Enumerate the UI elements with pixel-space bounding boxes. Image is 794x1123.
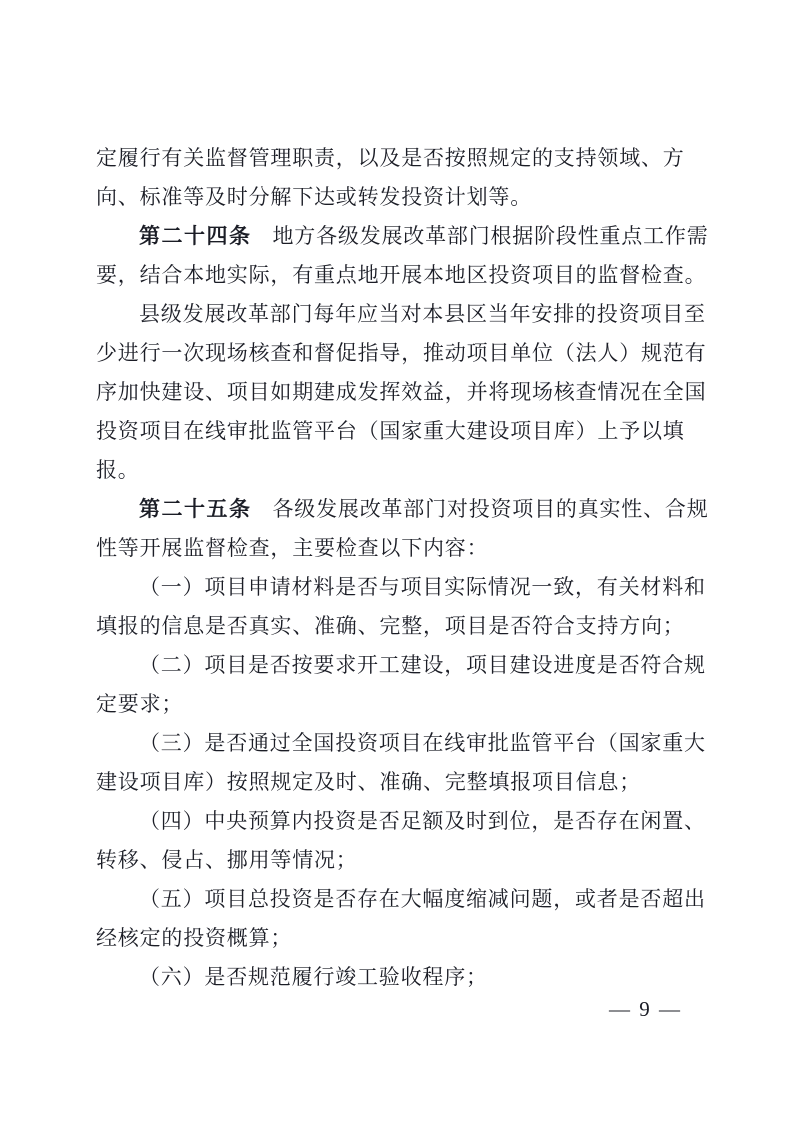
text-line: （六）是否规范履行竣工验收程序； — [96, 958, 686, 997]
text-line: 填报的信息是否真实、准确、完整，项目是否符合支持方向； — [96, 607, 686, 646]
text-line: 少进行一次现场核查和督促指导，推动项目单位（法人）规范有 — [96, 334, 686, 373]
text-line: 第二十五条各级发展改革部门对投资项目的真实性、合规 — [96, 490, 686, 529]
text-line: （二）项目是否按要求开工建设，项目建设进度是否符合规 — [96, 646, 686, 685]
line-text: 定履行有关监督管理职责，以及是否按照规定的支持领域、方 — [96, 146, 685, 170]
text-line: 报。 — [96, 451, 686, 490]
text-line: 向、标准等及时分解下达或转发投资计划等。 — [96, 178, 686, 217]
text-line: 定履行有关监督管理职责，以及是否按照规定的支持领域、方 — [96, 139, 686, 178]
line-text: （一）项目申请材料是否与项目实际情况一致，有关材料和 — [139, 575, 706, 599]
line-text: 序加快建设、项目如期建成发挥效益，并将现场核查情况在全国 — [96, 380, 706, 404]
line-text: 各级发展改革部门对投资项目的真实性、合规 — [273, 497, 709, 521]
text-line: 投资项目在线审批监管平台（国家重大建设项目库）上予以填 — [96, 412, 686, 451]
line-text: （四）中央预算内投资是否足额及时到位，是否存在闲置、 — [139, 809, 706, 833]
line-text: （二）项目是否按要求开工建设，项目建设进度是否符合规 — [139, 653, 706, 677]
text-line: （四）中央预算内投资是否足额及时到位，是否存在闲置、 — [96, 802, 686, 841]
line-text: 填报的信息是否真实、准确、完整，项目是否符合支持方向； — [96, 614, 685, 638]
text-line: 定要求； — [96, 685, 686, 724]
line-text: 投资项目在线审批监管平台（国家重大建设项目库）上予以填 — [96, 419, 685, 443]
line-text: 定要求； — [96, 692, 183, 716]
text-line: 性等开展监督检查，主要检查以下内容： — [96, 529, 686, 568]
text-line: （三）是否通过全国投资项目在线审批监管平台（国家重大 — [96, 724, 686, 763]
text-line: （一）项目申请材料是否与项目实际情况一致，有关材料和 — [96, 568, 686, 607]
line-text: 地方各级发展改革部门根据阶段性重点工作需 — [273, 224, 709, 248]
line-text: 县级发展改革部门每年应当对本县区当年安排的投资项目至 — [139, 302, 706, 326]
text-line: 转移、侵占、挪用等情况； — [96, 841, 686, 880]
text-line: 要，结合本地实际，有重点地开展本地区投资项目的监督检查。 — [96, 256, 686, 295]
text-line: （五）项目总投资是否存在大幅度缩减问题，或者是否超出 — [96, 880, 686, 919]
line-text: 少进行一次现场核查和督促指导，推动项目单位（法人）规范有 — [96, 341, 706, 365]
line-text: 向、标准等及时分解下达或转发投资计划等。 — [96, 185, 532, 209]
line-text: 经核定的投资概算； — [96, 926, 292, 950]
line-text: （五）项目总投资是否存在大幅度缩减问题，或者是否超出 — [139, 887, 706, 911]
line-text: 转移、侵占、挪用等情况； — [96, 848, 358, 872]
document-page: 定履行有关监督管理职责，以及是否按照规定的支持领域、方 向、标准等及时分解下达或… — [0, 0, 794, 1123]
text-line: 序加快建设、项目如期建成发挥效益，并将现场核查情况在全国 — [96, 373, 686, 412]
article-number: 第二十四条 — [139, 225, 252, 248]
line-text: （三）是否通过全国投资项目在线审批监管平台（国家重大 — [139, 731, 706, 755]
text-line: 建设项目库）按照规定及时、准确、完整填报项目信息； — [96, 763, 686, 802]
document-body: 定履行有关监督管理职责，以及是否按照规定的支持领域、方 向、标准等及时分解下达或… — [96, 139, 686, 997]
line-text: 建设项目库）按照规定及时、准确、完整填报项目信息； — [96, 770, 641, 794]
line-text: （六）是否规范履行竣工验收程序； — [139, 965, 488, 989]
line-text: 报。 — [96, 458, 140, 482]
line-text: 性等开展监督检查，主要检查以下内容： — [96, 536, 488, 560]
article-number: 第二十五条 — [139, 498, 252, 521]
text-line: 第二十四条地方各级发展改革部门根据阶段性重点工作需 — [96, 217, 686, 256]
page-number: — 9 — — [609, 997, 682, 1021]
text-line: 县级发展改革部门每年应当对本县区当年安排的投资项目至 — [96, 295, 686, 334]
text-line: 经核定的投资概算； — [96, 919, 686, 958]
line-text: 要，结合本地实际，有重点地开展本地区投资项目的监督检查。 — [96, 263, 706, 287]
